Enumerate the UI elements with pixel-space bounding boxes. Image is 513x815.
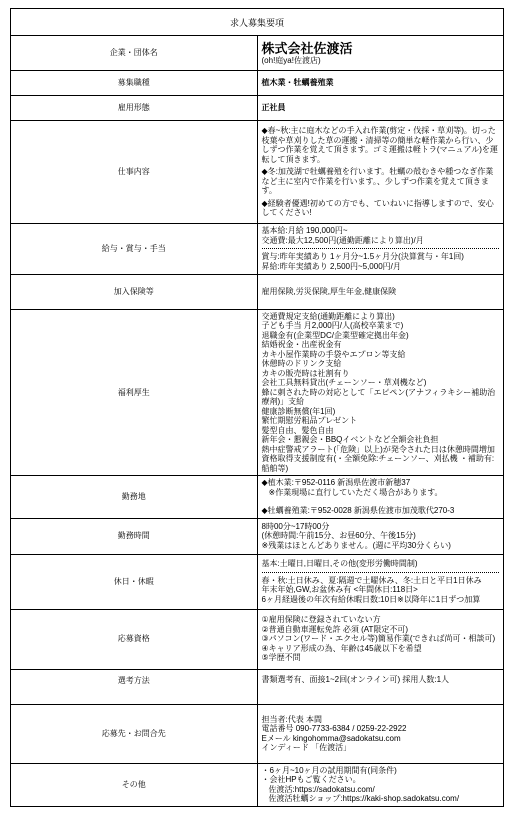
label-hours: 勤務時間 <box>11 518 258 554</box>
salary-base: 基本給:月給 190,000円~ <box>262 226 500 236</box>
welfare-line: 交通費規定支給(通勤距離により算出) <box>262 312 500 322</box>
row-job-description: 仕事内容 ◆春~秋:主に庭木などの手入れ作業(剪定・伐採・草刈等)。切った枝葉や… <box>11 121 504 224</box>
label-employment: 雇用形態 <box>11 96 258 121</box>
other-trial-period: ・6ヶ月~10ヶ月の試用期間有(同条件) <box>262 766 500 776</box>
row-location: 勤務地 ◆植木業:〒952-0116 新潟県佐渡市新穂37 ※作業現場に直行して… <box>11 476 504 519</box>
requirements-cell: ①雇用保険に登録されていない方 ②普通自動車運転免許 必須 (AT限定不可) ③… <box>257 609 504 669</box>
company-cell: 株式会社佐渡活 (oh!庭ya!佐渡店) <box>257 36 504 71</box>
contact-phone: 電話番号 090-7733-6384 / 0259-22-2922 <box>262 724 500 734</box>
salary-raise: 昇給:昨年実績あり 2,500円~5,000円/月 <box>262 262 500 272</box>
requirement-line: ①雇用保険に登録されていない方 <box>262 615 500 625</box>
label-insurance: 加入保険等 <box>11 274 258 309</box>
company-name: 株式会社佐渡活 <box>262 41 500 56</box>
other-cell: ・6ヶ月~10ヶ月の試用期間有(同条件) ・会社HPもご覧ください。 佐渡活:h… <box>257 763 504 806</box>
welfare-line: 健康診断無償(年1回) <box>262 407 500 417</box>
contact-email: Eメール kingohomma@sadokatsu.com <box>262 734 500 744</box>
welfare-line: カキの販売時は社割有り <box>262 369 500 379</box>
welfare-line: 休憩時のドリンク支給 <box>262 359 500 369</box>
holidays-seasonal: 春・秋:土日休み、夏:隔週で土曜休み、冬:土日と平日1日休み <box>262 576 500 586</box>
welfare-line: 結婚祝金・出産祝金有 <box>262 340 500 350</box>
welfare-cell: 交通費規定支給(通勤距離により算出) 子ども手当 月2,000円/人(高校卒業ま… <box>257 309 504 476</box>
hours-break: (休憩時間:午前15分、お昼60分、午後15分) <box>262 531 500 541</box>
welfare-line: カキ小屋作業時の手袋やエプロン等支給 <box>262 350 500 360</box>
other-url-shop: 佐渡活牡蠣ショップ:https://kaki-shop.sadokatsu.co… <box>262 794 500 804</box>
label-other: その他 <box>11 763 258 806</box>
welfare-line: 資格取得支援制度有(・全額免除:チェーンソー、刈払機 ・補助有:船舶等) <box>262 454 500 473</box>
row-company: 企業・団体名 株式会社佐渡活 (oh!庭ya!佐渡店) <box>11 36 504 71</box>
label-requirements: 応募資格 <box>11 609 258 669</box>
contact-indeed: インディード 「佐渡活」 <box>262 743 500 753</box>
welfare-line: 会社工具無料貸出(チェーンソー・草刈機など) <box>262 378 500 388</box>
welfare-line: 蜂に刺された時の対応として「エピペン(アナフィラキシー補助治療剤)」支給 <box>262 388 500 407</box>
contact-person: 担当者:代表 本間 <box>262 715 500 725</box>
label-welfare: 福利厚生 <box>11 309 258 476</box>
position-value: 植木業・牡蠣養殖業 <box>257 71 504 96</box>
row-holidays: 休日・休暇 基本:土曜日,日曜日,その他(変形労働時間制) 春・秋:土日休み、夏… <box>11 554 504 609</box>
welfare-line: 熱中症警戒アラート(「危険」以上)が発令された日は休憩時間増加 <box>262 445 500 455</box>
page-title: 求人募集要項 <box>11 9 504 36</box>
requirement-line: ②普通自動車運転免許 必須 (AT限定不可) <box>262 625 500 635</box>
salary-transport: 交通費:最大12,500円(通勤距離により算出)/月 <box>262 236 500 246</box>
label-selection: 選考方法 <box>11 669 258 704</box>
other-url-main: 佐渡活:https://sadokatsu.com/ <box>262 785 500 795</box>
job-paragraph-spring: ◆春~秋:主に庭木などの手入れ作業(剪定・伐採・草刈等)。切った枝葉や草刈りした… <box>262 126 500 164</box>
selection-value: 書類選考有、面接1~2回(オンライン可) 採用人数:1人 <box>257 669 504 704</box>
location-note: ※作業現場に直行していただく場合があります。 <box>262 488 500 498</box>
row-insurance: 加入保険等 雇用保険,労災保険,厚生年金,健康保険 <box>11 274 504 309</box>
requirement-line: ⑤学歴不問 <box>262 653 500 663</box>
title-row: 求人募集要項 <box>11 9 504 36</box>
hours-time: 8時00分~17時00分 <box>262 522 500 532</box>
holidays-paid-leave: 6ヶ月経過後の年次有給休暇日数:10日※以降年に1日ずつ加算 <box>262 595 500 605</box>
label-location: 勤務地 <box>11 476 258 519</box>
location-kaki: ◆牡蠣養殖業:〒952-0028 新潟県佐渡市加茂歌代270-3 <box>262 506 500 516</box>
welfare-line: 退職金有(企業型DC/企業型確定拠出年金) <box>262 331 500 341</box>
welfare-line: 新年会・懇親会・BBQイベントなど全額会社負担 <box>262 435 500 445</box>
row-requirements: 応募資格 ①雇用保険に登録されていない方 ②普通自動車運転免許 必須 (AT限定… <box>11 609 504 669</box>
holidays-annual: 年末年始,GW,お盆休み有 <年間休日:118日> <box>262 585 500 595</box>
dotted-divider <box>262 248 500 249</box>
company-subname: (oh!庭ya!佐渡店) <box>262 56 500 66</box>
holidays-cell: 基本:土曜日,日曜日,その他(変形労働時間制) 春・秋:土日休み、夏:隔週で土曜… <box>257 554 504 609</box>
recruitment-table: 求人募集要項 企業・団体名 株式会社佐渡活 (oh!庭ya!佐渡店) 募集職種 … <box>10 8 504 807</box>
welfare-line: 繁忙期慰労粗品プレゼント <box>262 416 500 426</box>
row-hours: 勤務時間 8時00分~17時00分 (休憩時間:午前15分、お昼60分、午後15… <box>11 518 504 554</box>
requirement-line: ④キャリア形成の為、年齢は45歳以下を希望 <box>262 644 500 654</box>
insurance-value: 雇用保険,労災保険,厚生年金,健康保険 <box>257 274 504 309</box>
hours-overtime: ※残業はほとんどありません。(週に平均30分くらい) <box>262 541 500 551</box>
employment-value: 正社員 <box>257 96 504 121</box>
label-job-description: 仕事内容 <box>11 121 258 224</box>
location-ueki: ◆植木業:〒952-0116 新潟県佐渡市新穂37 <box>262 478 500 488</box>
row-position: 募集職種 植木業・牡蠣養殖業 <box>11 71 504 96</box>
row-other: その他 ・6ヶ月~10ヶ月の試用期間有(同条件) ・会社HPもご覧ください。 佐… <box>11 763 504 806</box>
welfare-line: 子ども手当 月2,000円/人(高校卒業まで) <box>262 321 500 331</box>
requirement-line: ③パソコン(ワード・エクセル等)簡易作業(できれば尚可・相談可) <box>262 634 500 644</box>
hours-cell: 8時00分~17時00分 (休憩時間:午前15分、お昼60分、午後15分) ※残… <box>257 518 504 554</box>
welfare-line: 髪型自由、髪色自由 <box>262 426 500 436</box>
job-description-cell: ◆春~秋:主に庭木などの手入れ作業(剪定・伐採・草刈等)。切った枝葉や草刈りした… <box>257 121 504 224</box>
row-contact: 応募先・お問合先 担当者:代表 本間 電話番号 090-7733-6384 / … <box>11 704 504 763</box>
holidays-base: 基本:土曜日,日曜日,その他(変形労働時間制) <box>262 559 500 569</box>
salary-bonus: 賞与:昨年実績あり 1ヶ月分~1.5ヶ月分(決算賞与・年1回) <box>262 252 500 262</box>
row-employment: 雇用形態 正社員 <box>11 96 504 121</box>
label-company: 企業・団体名 <box>11 36 258 71</box>
recruitment-sheet: 求人募集要項 企業・団体名 株式会社佐渡活 (oh!庭ya!佐渡店) 募集職種 … <box>0 0 513 815</box>
location-cell: ◆植木業:〒952-0116 新潟県佐渡市新穂37 ※作業現場に直行していただく… <box>257 476 504 519</box>
row-selection: 選考方法 書類選考有、面接1~2回(オンライン可) 採用人数:1人 <box>11 669 504 704</box>
job-paragraph-winter: ◆冬:加茂湖で牡蠣養殖を行います。牡蠣の殻むきや種つなぎ作業など主に室内で作業を… <box>262 167 500 196</box>
label-contact: 応募先・お問合先 <box>11 704 258 763</box>
contact-cell: 担当者:代表 本間 電話番号 090-7733-6384 / 0259-22-2… <box>257 704 504 763</box>
job-paragraph-experience: ◆経験者優遇!初めての方でも、ていねいに指導しますので、安心してください! <box>262 199 500 218</box>
salary-cell: 基本給:月給 190,000円~ 交通費:最大12,500円(通勤距離により算出… <box>257 223 504 274</box>
dotted-divider <box>262 572 500 573</box>
label-position: 募集職種 <box>11 71 258 96</box>
row-salary: 給与・賞与・手当 基本給:月給 190,000円~ 交通費:最大12,500円(… <box>11 223 504 274</box>
row-welfare: 福利厚生 交通費規定支給(通勤距離により算出) 子ども手当 月2,000円/人(… <box>11 309 504 476</box>
label-salary: 給与・賞与・手当 <box>11 223 258 274</box>
other-hp-note: ・会社HPもご覧ください。 <box>262 775 500 785</box>
label-holidays: 休日・休暇 <box>11 554 258 609</box>
